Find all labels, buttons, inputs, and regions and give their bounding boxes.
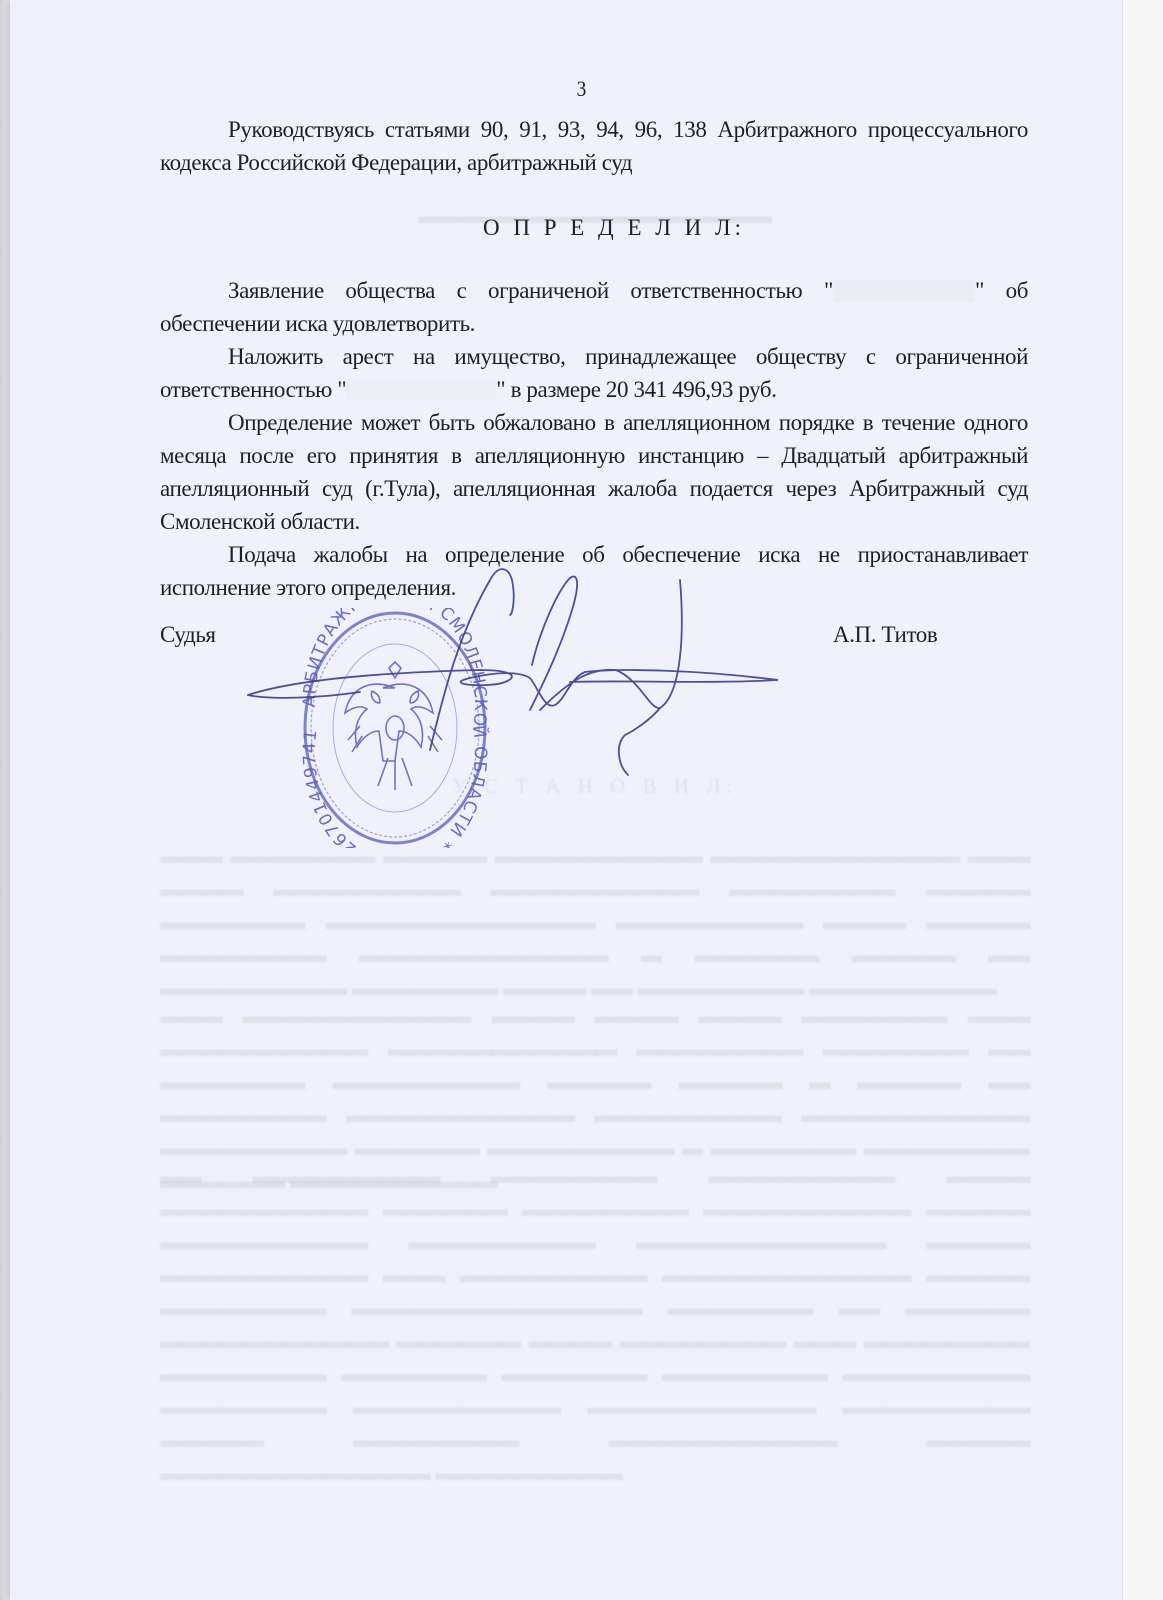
judge-role-label: Судья [160,622,216,648]
show-through-text-3: ▬▬ ▬▬▬▬▬▬▬▬▬ ▬▬▬▬▬▬▬▬ ▬▬▬▬▬▬▬▬▬ ▬▬▬▬ ▬▬▬… [160,1160,1030,1490]
arrest-text-end: " в размере 20 341 496,93 руб. [496,377,776,402]
redacted-company-name [833,280,975,302]
paragraph-appeal: Определение может быть обжаловано в апел… [160,406,1028,538]
scan-left-edge [0,0,10,1600]
scan-right-margin [1122,0,1163,1600]
resolution-heading: О П Р Е Д Е Л И Л: [160,211,1028,244]
document-body: Руководствуясь статьями 90, 91, 93, 94, … [160,113,1028,604]
judge-signature-icon [240,560,800,810]
page-number: 3 [70,76,1093,102]
paragraph-guided-by: Руководствуясь статьями 90, 91, 93, 94, … [160,113,1028,179]
paragraph-application: Заявление общества с ограниченой ответст… [160,274,1028,340]
judge-name: А.П. Титов [833,622,937,648]
redacted-defendant-name [346,379,496,401]
show-through-text: ▬▬▬ ▬▬▬▬▬▬▬ ▬▬▬▬▬ ▬▬▬▬▬▬▬▬▬▬ ▬▬▬▬▬▬▬▬▬▬▬… [160,840,1030,1005]
application-text-start: Заявление общества с ограниченой ответст… [228,278,833,303]
paragraph-arrest: Наложить арест на имущество, принадлежащ… [160,340,1028,406]
